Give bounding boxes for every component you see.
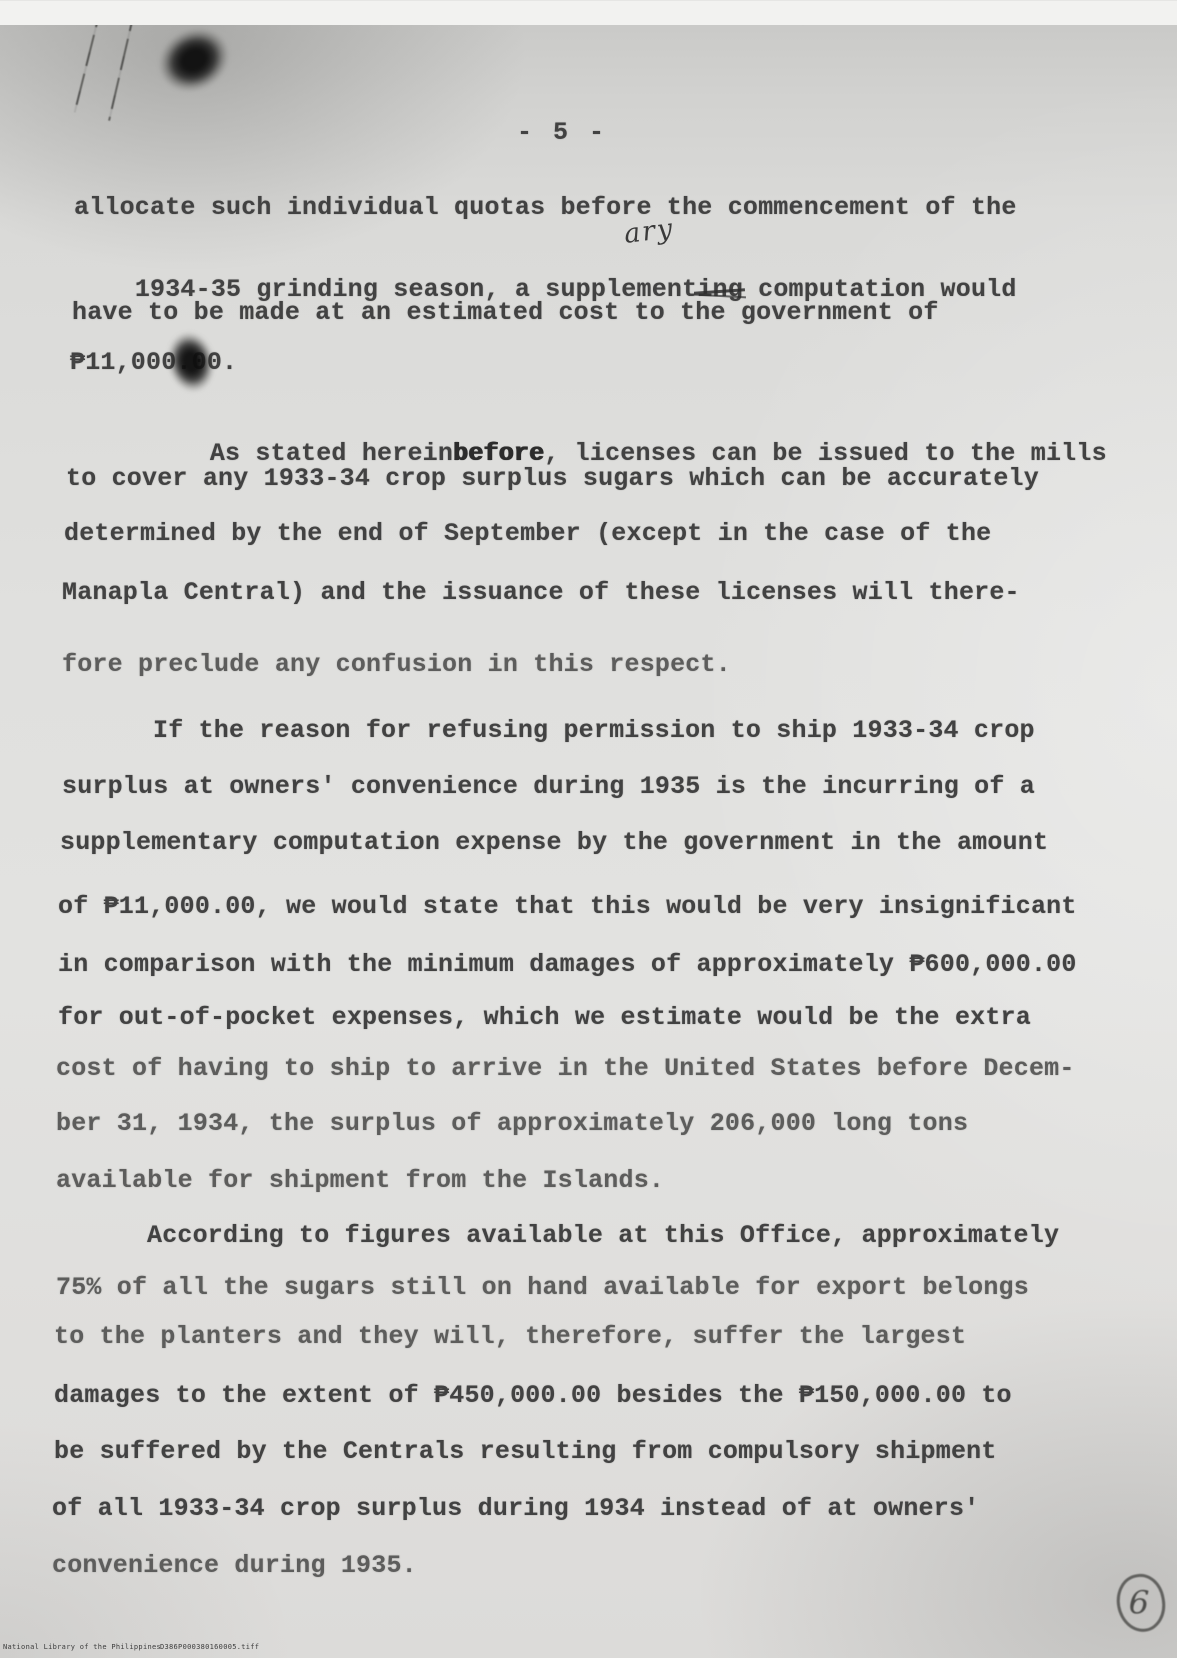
pen-scratch xyxy=(108,17,134,121)
scanned-document-page: - 5 - allocate such individual quotas be… xyxy=(0,0,1177,1658)
text-line: of ₱11,000.00, we would state that this … xyxy=(58,892,1077,921)
text-line: damages to the extent of ₱450,000.00 bes… xyxy=(54,1381,1012,1410)
text-line: fore preclude any confusion in this resp… xyxy=(62,650,731,679)
text-line: ber 31, 1934, the surplus of approximate… xyxy=(56,1109,968,1138)
text-line: surplus at owners' convenience during 19… xyxy=(62,772,1035,801)
text-line: available for shipment from the Islands. xyxy=(56,1166,664,1195)
text-line: be suffered by the Centrals resulting fr… xyxy=(54,1437,997,1466)
text-line: allocate such individual quotas before t… xyxy=(74,193,1017,222)
text-line: of all 1933-34 crop surplus during 1934 … xyxy=(52,1494,979,1523)
scanner-footer-strip xyxy=(0,0,1177,25)
text-line: convenience during 1935. xyxy=(52,1551,417,1580)
text-line: for out-of-pocket expenses, which we est… xyxy=(58,1003,1031,1032)
ink-blot xyxy=(148,17,240,104)
page-number: - 5 - xyxy=(0,118,1124,147)
text-line: According to figures available at this O… xyxy=(147,1221,1059,1250)
text-line: 75% of all the sugars still on hand avai… xyxy=(56,1273,1029,1302)
text-line: determined by the end of September (exce… xyxy=(64,519,991,548)
pen-scratch xyxy=(74,13,101,112)
text-line: cost of having to ship to arrive in the … xyxy=(56,1054,1075,1083)
text-line: Manapla Central) and the issuance of the… xyxy=(62,578,1020,607)
text-line: in comparison with the minimum damages o… xyxy=(58,950,1077,979)
text-line: supplementary computation expense by the… xyxy=(60,828,1048,857)
footer-filename: D386P000380160005.tiff xyxy=(160,1643,259,1651)
footer-library-label: National Library of the Philippines xyxy=(3,1643,161,1651)
circled-page-mark: 6 xyxy=(1112,1570,1169,1635)
handwritten-number: 6 xyxy=(1128,1583,1150,1622)
text-line: to the planters and they will, therefore… xyxy=(54,1322,966,1351)
text-line: have to be made at an estimated cost to … xyxy=(72,298,939,327)
text-line: If the reason for refusing permission to… xyxy=(153,716,1035,745)
handwritten-correction: ary xyxy=(622,213,676,250)
text-line: to cover any 1933-34 crop surplus sugars… xyxy=(66,464,1039,493)
